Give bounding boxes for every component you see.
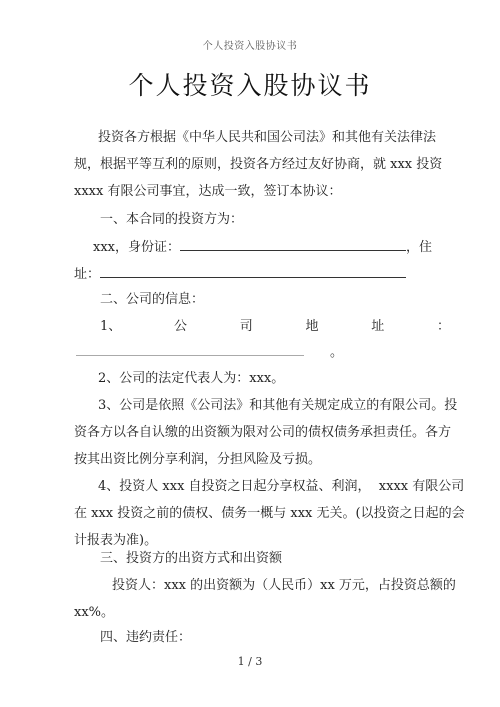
company-address-blank[interactable] bbox=[76, 343, 304, 356]
intro-line-2: 规，根据平等互利的原则，投资各方经过友好协商，就 xxx 投资 bbox=[74, 157, 442, 173]
item1-char: 司 bbox=[240, 319, 253, 335]
item1-char: 1、 bbox=[100, 319, 121, 335]
company-address-line: 1、 公 司 地 址 ： bbox=[100, 319, 450, 335]
section4-heading: 四、违约责任： bbox=[100, 630, 191, 646]
item1-char: 地 bbox=[305, 319, 318, 335]
section2-heading: 二、公司的信息： bbox=[100, 292, 204, 308]
section1-heading: 一、本合同的投资方为： bbox=[100, 212, 243, 228]
item1-char: ： bbox=[437, 319, 450, 335]
investor-line: xxx，身份证：，住 bbox=[93, 238, 432, 256]
item4-line-2: 在 xxx 投资之前的债权、债务一概与 xxx 无关。(以投资之日起的会 bbox=[74, 506, 465, 522]
address-line: 址： bbox=[74, 265, 406, 283]
item3-line-3: 按其出资比例分享利润，分担风险及亏损。 bbox=[74, 452, 321, 468]
investor-prefix: xxx，身份证： bbox=[93, 240, 180, 255]
item1-char: 址 bbox=[371, 319, 384, 335]
document-title: 个人投资入股协议书 bbox=[0, 66, 500, 102]
item4-line-3: 计报表为准)。 bbox=[74, 533, 157, 549]
intro-line-1: 投资各方根据《中华人民共和国公司法》和其他有关法律法 bbox=[98, 130, 436, 146]
address-blank[interactable] bbox=[100, 265, 406, 278]
running-header: 个人投资入股协议书 bbox=[0, 37, 500, 52]
address-label: 址： bbox=[74, 267, 100, 282]
investor-suffix: ，住 bbox=[406, 240, 432, 255]
item4-line-1: 4、投资人 xxx 自投资之日起分享权益、利润， xxxx 有限公司 bbox=[98, 479, 464, 495]
page-indicator: 1 / 3 bbox=[0, 655, 500, 668]
section3-heading: 三、投资方的出资方式和出资额 bbox=[100, 551, 282, 567]
id-number-blank[interactable] bbox=[180, 238, 406, 251]
section3-line-1: 投资人：xxx 的出资额为（人民币）xx 万元，占投资总额的 bbox=[112, 578, 456, 594]
intro-line-3: xxxx 有限公司事宜，达成一致，签订本协议： bbox=[74, 184, 341, 200]
item2-line: 2、公司的法定代表人为：xxx。 bbox=[98, 371, 284, 387]
section3-line-2: xx%。 bbox=[74, 605, 114, 621]
company-address-blank-line: 。 bbox=[76, 343, 343, 361]
item3-line-1: 3、公司是依照《公司法》和其他有关规定成立的有限公司。投 bbox=[98, 398, 457, 414]
item3-line-2: 资各方以各自认缴的出资额为限对公司的债权债务承担责任。各方 bbox=[74, 425, 451, 441]
item1-end: 。 bbox=[330, 345, 343, 360]
item1-char: 公 bbox=[174, 319, 187, 335]
